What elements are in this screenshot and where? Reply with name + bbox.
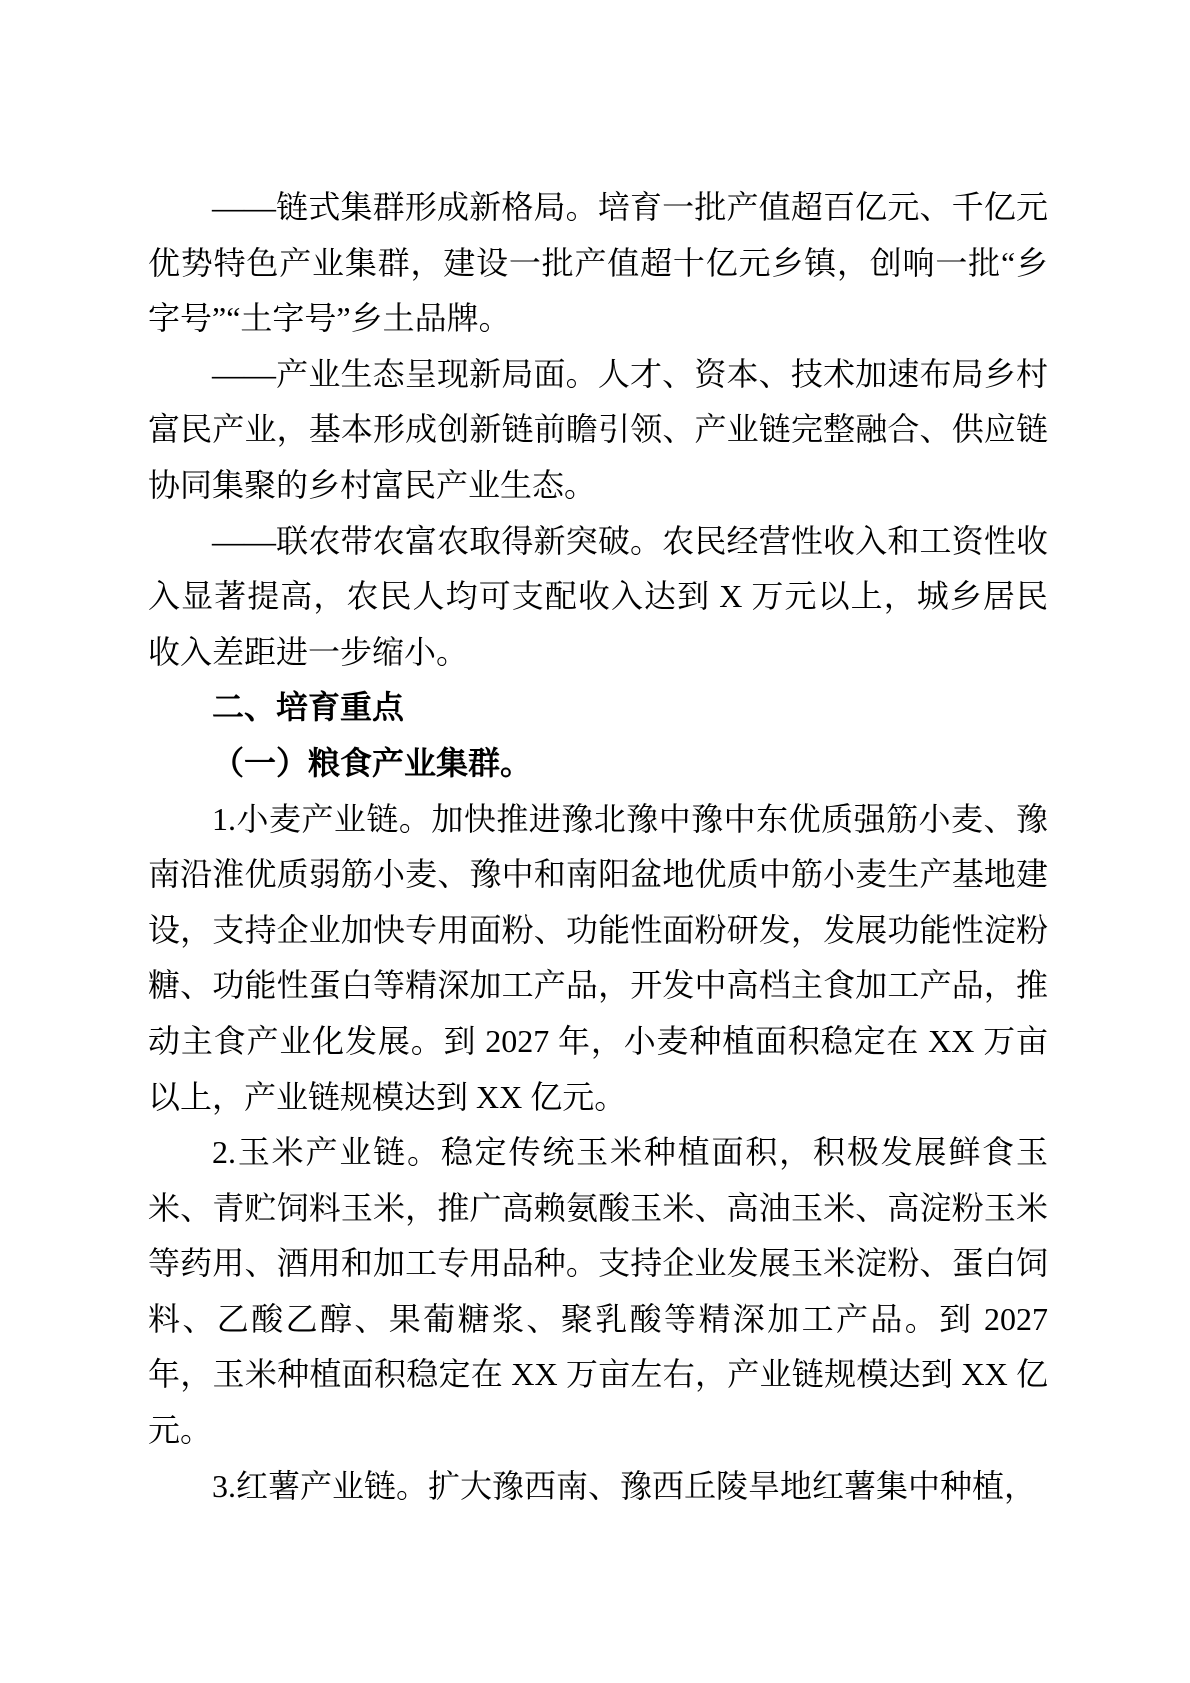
- para-goal-industry-ecosystem: ——产业生态呈现新局面。人才、资本、技术加速布局乡村富民产业，基本形成创新链前瞻…: [148, 347, 1048, 514]
- heading-grain-industry-cluster: （一）粮食产业集群。: [148, 736, 1048, 792]
- para-wheat-industry-chain: 1.小麦产业链。加快推进豫北豫中豫中东优质强筋小麦、豫南沿淮优质弱筋小麦、豫中和…: [148, 792, 1048, 1126]
- para-goal-chain-clusters: ——链式集群形成新格局。培育一批产值超百亿元、千亿元优势特色产业集群，建设一批产…: [148, 180, 1048, 347]
- para-goal-farmer-income: ——联农带农富农取得新突破。农民经营性收入和工资性收入显著提高，农民人均可支配收…: [148, 514, 1048, 681]
- heading-section-cultivation-priorities: 二、培育重点: [148, 680, 1048, 736]
- document-page: ——链式集群形成新格局。培育一批产值超百亿元、千亿元优势特色产业集群，建设一批产…: [0, 0, 1190, 1683]
- para-sweet-potato-industry-chain: 3.红薯产业链。扩大豫西南、豫西丘陵旱地红薯集中种植，: [148, 1459, 1048, 1515]
- para-corn-industry-chain: 2.玉米产业链。稳定传统玉米种植面积，积极发展鲜食玉米、青贮饲料玉米，推广高赖氨…: [148, 1125, 1048, 1459]
